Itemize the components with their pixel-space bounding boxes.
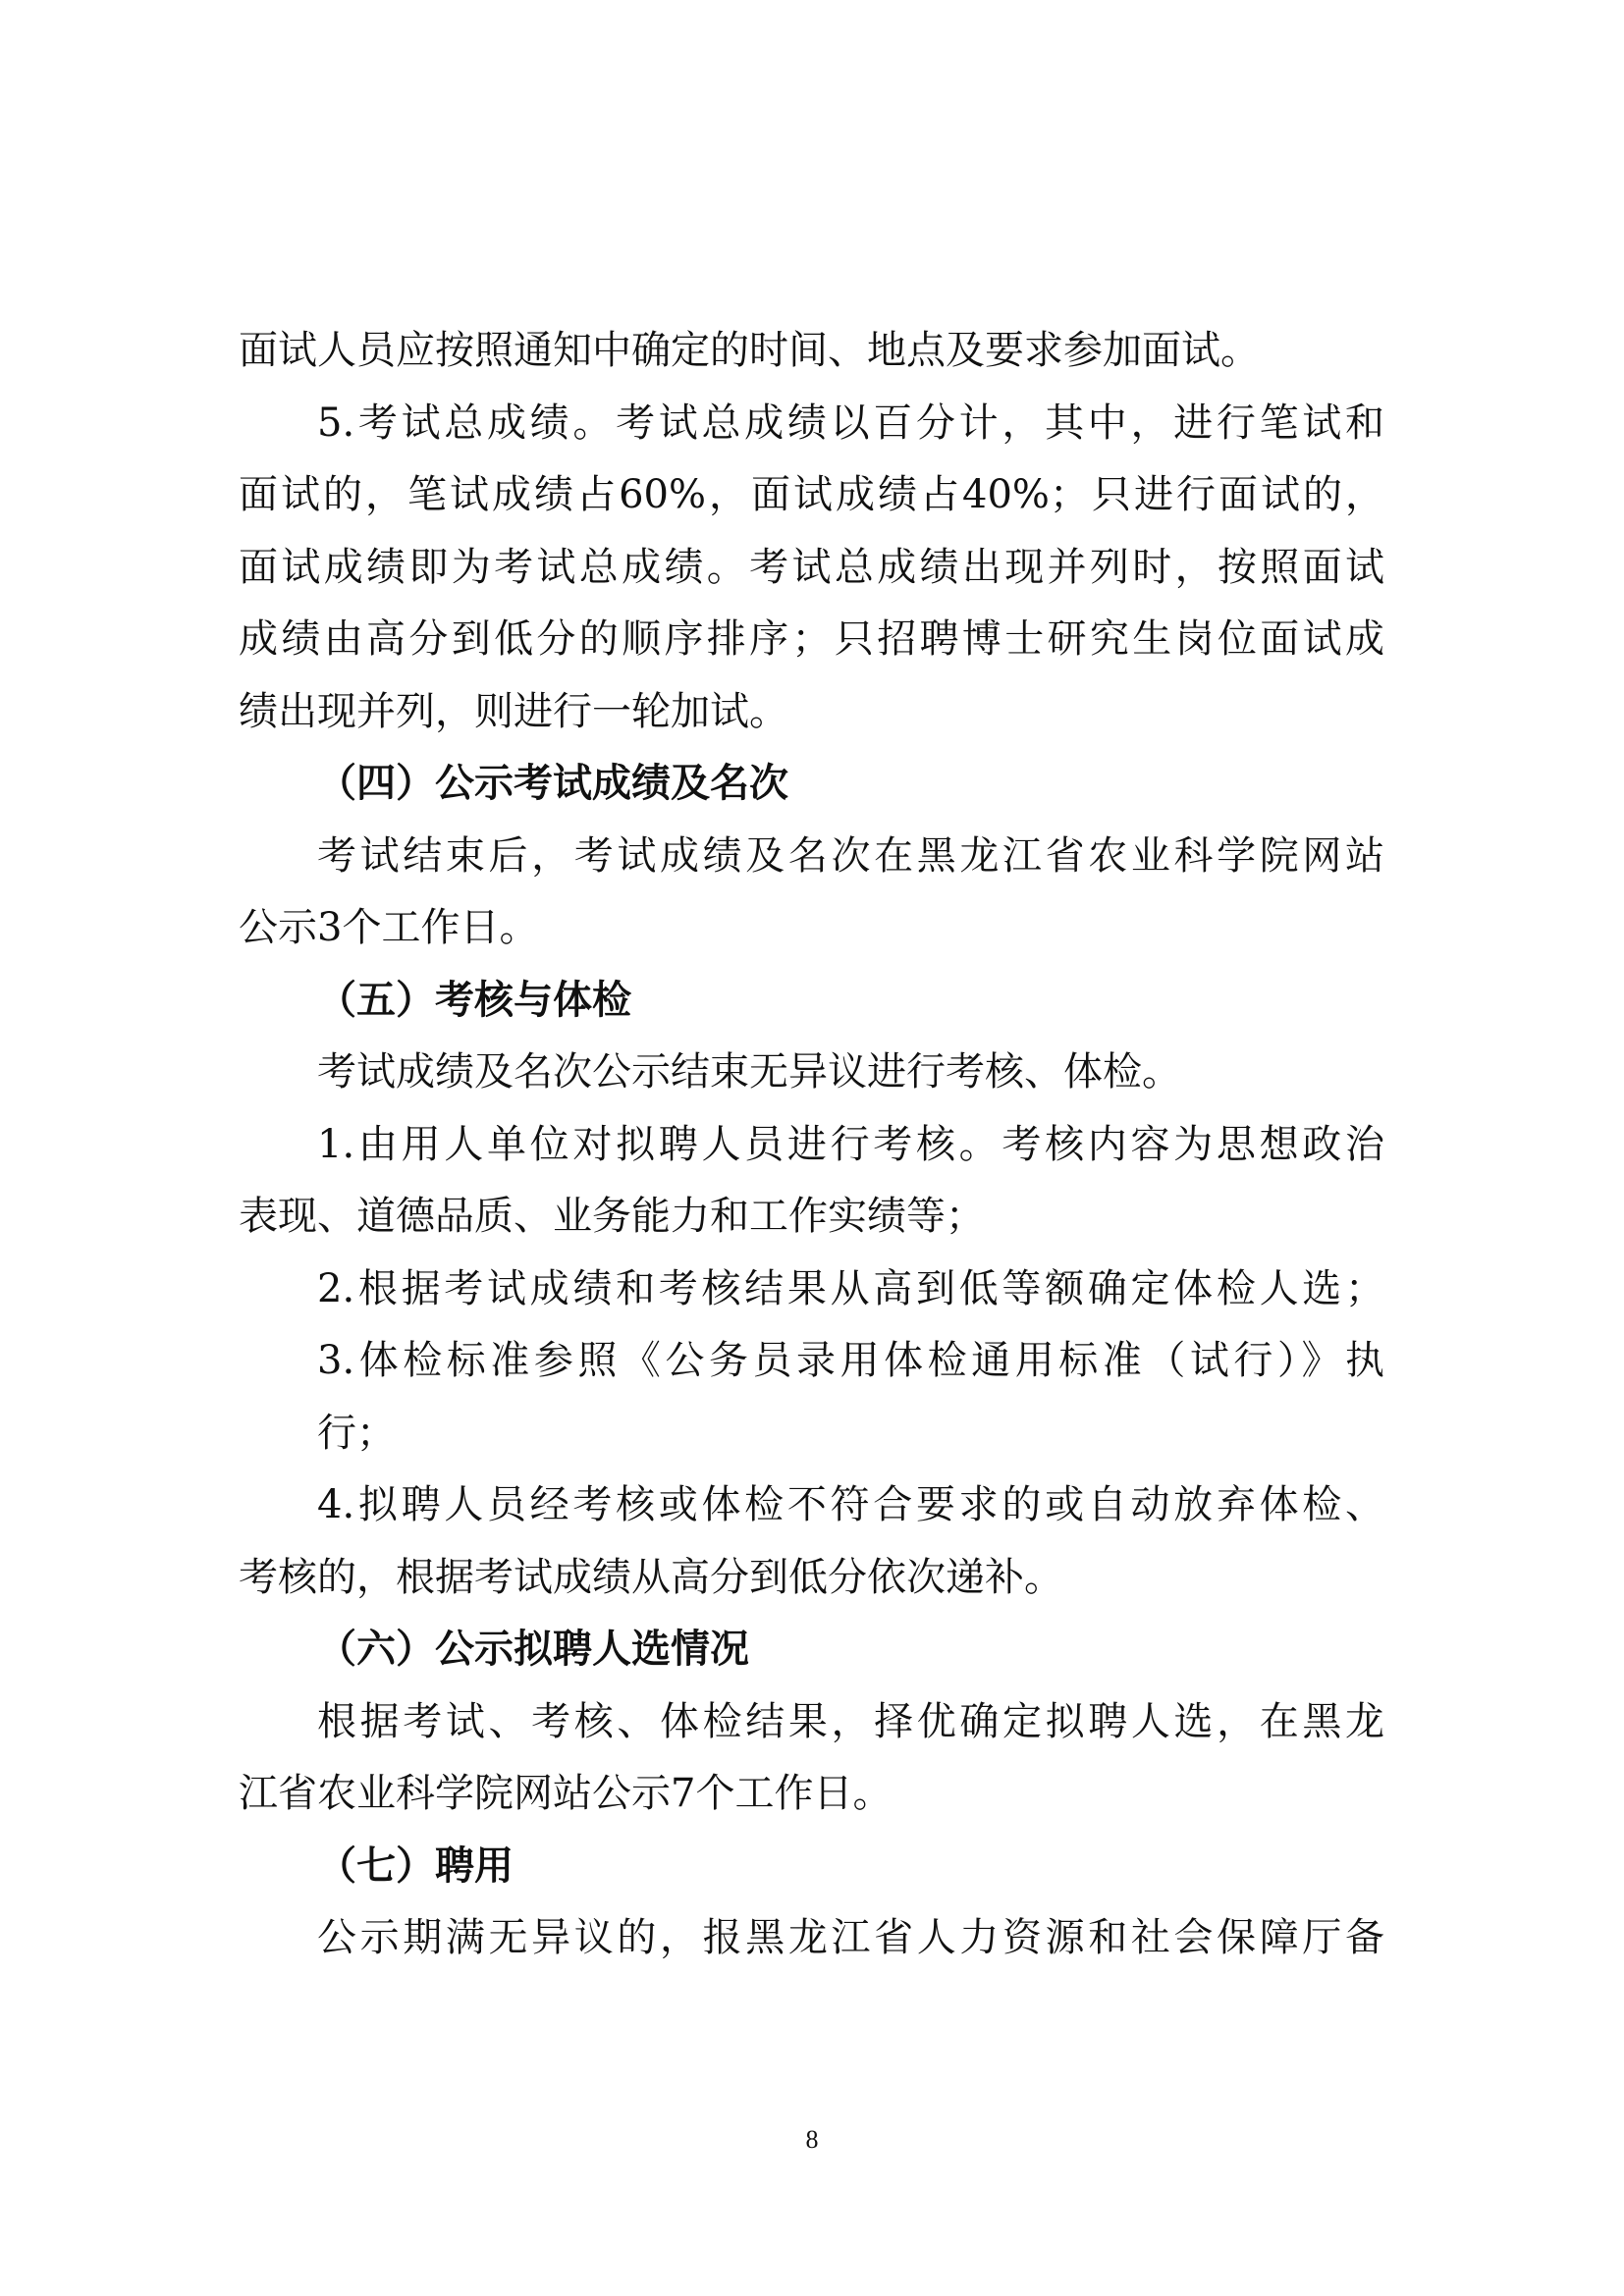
body-line: 3.体检标准参照《公务员录用体检通用标准（试行）》执 — [239, 1325, 1384, 1398]
body-line: 5.考试总成绩。考试总成绩以百分计，其中，进行笔试和 — [239, 388, 1384, 460]
body-line: 公示3个工作日。 — [239, 892, 1384, 965]
body-line: 考试成绩及名次公示结束无异议进行考核、体检。 — [239, 1037, 1384, 1109]
body-line: 4.拟聘人员经考核或体检不符合要求的或自动放弃体检、 — [239, 1469, 1384, 1542]
document-body: 面试人员应按照通知中确定的时间、地点及要求参加面试。 5.考试总成绩。考试总成绩… — [239, 315, 1384, 1975]
body-line: 表现、道德品质、业务能力和工作实绩等； — [239, 1181, 1384, 1254]
body-line: 行； — [239, 1398, 1384, 1470]
body-line: 绩出现并列，则进行一轮加试。 — [239, 676, 1384, 749]
body-line: 江省农业科学院网站公示7个工作日。 — [239, 1758, 1384, 1831]
body-line: 根据考试、考核、体检结果，择优确定拟聘人选，在黑龙 — [239, 1686, 1384, 1759]
body-line: 面试的，笔试成绩占60%，面试成绩占40%；只进行面试的， — [239, 459, 1384, 532]
body-line: 1.由用人单位对拟聘人员进行考核。考核内容为思想政治 — [239, 1109, 1384, 1182]
section-heading: （五）考核与体检 — [239, 965, 1384, 1038]
body-line: 面试人员应按照通知中确定的时间、地点及要求参加面试。 — [239, 315, 1384, 388]
body-line: 公示期满无异议的，报黑龙江省人力资源和社会保障厅备 — [239, 1902, 1384, 1975]
section-heading: （六）公示拟聘人选情况 — [239, 1614, 1384, 1686]
section-heading: （七）聘用 — [239, 1831, 1384, 1903]
body-line: 成绩由高分到低分的顺序排序；只招聘博士研究生岗位面试成 — [239, 604, 1384, 676]
document-page: 面试人员应按照通知中确定的时间、地点及要求参加面试。 5.考试总成绩。考试总成绩… — [0, 0, 1624, 2296]
body-line: 考试结束后，考试成绩及名次在黑龙江省农业科学院网站 — [239, 821, 1384, 893]
page-number: 8 — [0, 2120, 1624, 2160]
body-line: 考核的，根据考试成绩从高分到低分依次递补。 — [239, 1542, 1384, 1615]
body-line: 面试成绩即为考试总成绩。考试总成绩出现并列时，按照面试 — [239, 532, 1384, 605]
section-heading: （四）公示考试成绩及名次 — [239, 748, 1384, 821]
body-line: 2.根据考试成绩和考核结果从高到低等额确定体检人选； — [239, 1254, 1384, 1326]
